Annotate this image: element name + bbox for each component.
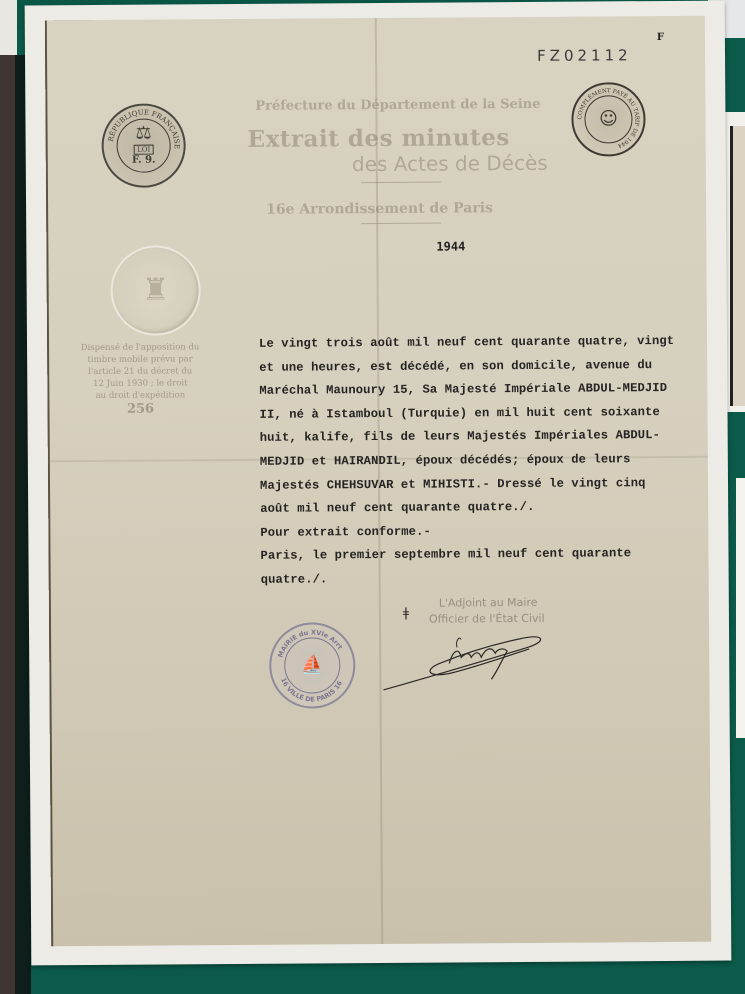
complement-paye-stamp: COMPLÉMENT PAYÉ AU TARIF DE 1944 ☺ [571,82,646,157]
letterhead-title: Extrait des minutes [236,124,566,153]
stamp-ring-text: COMPLÉMENT PAYÉ AU TARIF DE 1944 [573,84,643,154]
letterhead-arrondissement: 16e Arrondissement de Paris [236,200,566,218]
corner-mark: F [657,32,664,43]
letterhead-prefecture: Préfecture du Département de la Seine [235,97,565,114]
adjacent-document [730,126,745,406]
notice-line: au droit d'expédition [65,389,215,402]
notice-line: timbre mobile prévu par [65,353,215,366]
death-certificate-document: FZ02112 F RÉPUBLIQUE FRANÇAISE ⚖ LOI F. … [45,16,711,947]
embossed-seal: ♜ [110,245,201,336]
svg-text:MAIRIE du XVIe Arrt: MAIRIE du XVIe Arrt [276,628,344,658]
initials-mark: ǂ [403,606,409,621]
notice-line: Dispensé de l'apposition du [65,341,215,354]
background-frame-left [0,55,15,994]
body-line: Maréchal Maunoury 15, Sa Majesté Impéria… [259,377,709,404]
stamp-duty-notice: Dispensé de l'apposition du timbre mobil… [65,341,216,416]
serial-number: FZ02112 [537,46,632,65]
stamp-ring-text: MAIRIE du XVIe Arrt 16 VILLE DE PARIS 16 [271,624,354,707]
body-line: Paris, le premier septembre mil neuf cen… [260,542,710,569]
signatory-line: Officier de l'État Civil [429,611,545,628]
signatory-line: L'Adjoint au Maire [439,595,545,612]
svg-text:16 VILLE DE PARIS 16: 16 VILLE DE PARIS 16 [279,676,344,704]
body-line: quatre./. [261,566,711,593]
letterhead-subtitle: des Actes de Décès [236,151,566,177]
handwritten-signature [379,627,550,708]
signatory-title: L'Adjoint au Maire Officier de l'État Ci… [439,595,545,628]
body-line: Le vingt trois août mil neuf cent quaran… [259,330,709,357]
divider [361,223,441,225]
embossed-figure-icon: ♜ [142,275,169,305]
background-wall-left-top [0,0,17,55]
notice-amount: 256 [65,403,215,416]
document-year: 1944 [436,239,465,253]
body-line: II, né à Istamboul (Turquie) en mil huit… [259,400,709,427]
body-line: MEDJID et HAIRANDIL, époux décédés; épou… [260,448,710,475]
certificate-body: Le vingt trois août mil neuf cent quaran… [259,330,711,593]
republique-francaise-stamp: RÉPUBLIQUE FRANÇAISE ⚖ LOI F. 9. [101,103,186,188]
svg-text:COMPLÉMENT PAYÉ AU TARIF DE 19: COMPLÉMENT PAYÉ AU TARIF DE 1944 [577,88,640,149]
svg-text:RÉPUBLIQUE FRANÇAISE: RÉPUBLIQUE FRANÇAISE [107,108,181,149]
divider [361,182,441,184]
body-line: Pour extrait conforme.- [260,518,710,545]
mairie-xvi-stamp: MAIRIE du XVIe Arrt 16 VILLE DE PARIS 16… [269,622,356,709]
adjacent-document-frame-lower [736,478,745,738]
notice-line: l'article 21 du décret du [65,365,215,378]
body-line: août mil neuf cent quarante quatre./. [260,495,710,522]
body-line: et une heures, est décédé, en son domici… [259,353,709,380]
body-line: huit, kalife, fils de leurs Majestés Imp… [260,424,710,451]
body-line: Majestés CHEHSUVAR et MIHISTI.- Dressé l… [260,471,710,498]
stamp-ring-text: RÉPUBLIQUE FRANÇAISE [103,105,184,186]
notice-line: 12 Juin 1930 ; le droit [65,377,215,390]
letterhead: Préfecture du Département de la Seine Ex… [235,97,566,225]
